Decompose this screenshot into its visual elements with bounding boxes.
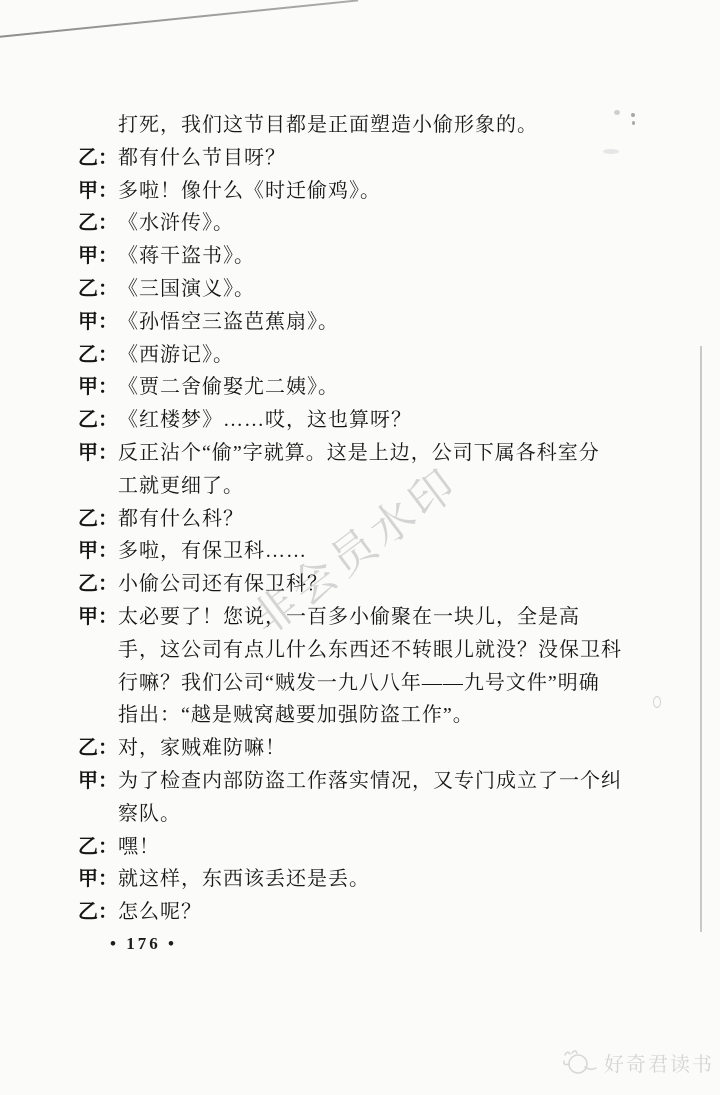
dialogue-text: 手，这公司有点儿什么东西还不转眼儿就没？没保卫科: [118, 639, 622, 661]
dialogue-line: 甲：《孙悟空三盗芭蕉扇》。: [78, 306, 678, 339]
page-number: • 176 •: [110, 934, 177, 954]
dialogue-text: 《西游记》。: [118, 344, 234, 366]
speaker-label: 乙：: [78, 339, 118, 372]
speaker-label: 乙：: [78, 732, 118, 765]
speaker-label: 乙：: [78, 503, 118, 536]
dialogue-text: 《水浒传》。: [118, 212, 234, 234]
page-root: 非会员水印 打死，我们这节目都是正面塑造小偷形象的。乙：都有什么节目呀？甲：多啦…: [0, 0, 720, 1095]
brand-watermark-text: 好奇君读书: [604, 1048, 714, 1077]
dialogue-text: 反正沾个“偷”字就算。这是上边，公司下属各科室分: [118, 442, 600, 464]
dialogue-line: 乙：都有什么科？: [78, 503, 678, 536]
dialogue-line: 打死，我们这节目都是正面塑造小偷形象的。: [78, 109, 678, 142]
dialogue-line: 乙：对，家贼难防嘛！: [78, 732, 678, 765]
speaker-label: 乙：: [78, 568, 118, 601]
scanned-book-page: { "page": { "number_label": "• 176 •" },…: [0, 0, 720, 1095]
dialogue-text: 对，家贼难防嘛！: [118, 737, 286, 759]
speaker-label: 甲：: [78, 371, 118, 404]
dialogue-line: 甲：反正沾个“偷”字就算。这是上边，公司下属各科室分: [78, 437, 678, 470]
dialogue-line: 察队。: [78, 798, 678, 831]
dialogue-text: 都有什么节目呀？: [118, 147, 286, 169]
dialogue-line: 乙：《三国演义》。: [78, 273, 678, 306]
dialogue-text: 指出：“越是贼窝越要加强防盗工作”。: [118, 704, 474, 726]
speaker-label: 乙：: [78, 273, 118, 306]
scan-edge-line-top: [0, 0, 358, 38]
dialogue-text: 工就更细了。: [118, 475, 244, 497]
dialogue-text: 察队。: [118, 803, 181, 825]
dialogue-text: 为了检查内部防盗工作落实情况，又专门成立了一个纠: [118, 770, 622, 792]
speaker-label: 甲：: [78, 175, 118, 208]
speaker-label: 甲：: [78, 863, 118, 896]
dialogue-text: 《红楼梦》……哎，这也算呀？: [118, 409, 412, 431]
speaker-label: 甲：: [78, 240, 118, 273]
dialogue-line: 行嘛？我们公司“贼发一九八八年——九号文件”明确: [78, 667, 678, 700]
speaker-label: 甲：: [78, 601, 118, 634]
dialogue-text: 怎么呢？: [118, 901, 202, 923]
speaker-label: 甲：: [78, 765, 118, 798]
dialogue-line: 乙：小偷公司还有保卫科？: [78, 568, 678, 601]
dialogue-text: 小偷公司还有保卫科？: [118, 573, 328, 595]
scan-edge-line-right: [700, 346, 702, 932]
speaker-label: 乙：: [78, 142, 118, 175]
dialogue-line: 甲：《贾二舍偷娶尤二姨》。: [78, 371, 678, 404]
dialogue-text: 嘿！: [118, 836, 160, 858]
dialogue-line: 甲：太必要了！您说，一百多小偷聚在一块儿，全是高: [78, 601, 678, 634]
cat-doodle-icon: [561, 1047, 599, 1077]
dialogue-line: 甲：《蒋干盗书》。: [78, 240, 678, 273]
dialogue-text: 《孙悟空三盗芭蕉扇》。: [118, 311, 339, 333]
dialogue-line: 指出：“越是贼窝越要加强防盗工作”。: [78, 699, 678, 732]
dialogue-body: 打死，我们这节目都是正面塑造小偷形象的。乙：都有什么节目呀？甲：多啦！像什么《时…: [78, 109, 678, 929]
speaker-label: 乙：: [78, 896, 118, 929]
speaker-label: 乙：: [78, 831, 118, 864]
dialogue-text: 多啦，有保卫科……: [118, 540, 307, 562]
dialogue-line: 乙：《红楼梦》……哎，这也算呀？: [78, 404, 678, 437]
speaker-label: 甲：: [78, 306, 118, 339]
dialogue-line: 乙：嘿！: [78, 831, 678, 864]
speaker-label: 乙：: [78, 404, 118, 437]
dialogue-text: 行嘛？我们公司“贼发一九八八年——九号文件”明确: [118, 672, 600, 694]
speaker-label: 甲：: [78, 535, 118, 568]
dialogue-line: 乙：怎么呢？: [78, 896, 678, 929]
dialogue-text: 《贾二舍偷娶尤二姨》。: [118, 376, 339, 398]
speaker-label: 乙：: [78, 207, 118, 240]
dialogue-line: 甲：就这样，东西该丢还是丢。: [78, 863, 678, 896]
dialogue-line: 甲：多啦！像什么《时迁偷鸡》。: [78, 175, 678, 208]
speaker-label: 甲：: [78, 437, 118, 470]
brand-watermark: 好奇君读书: [561, 1046, 714, 1078]
dialogue-text: 太必要了！您说，一百多小偷聚在一块儿，全是高: [118, 606, 580, 628]
dialogue-text: 《蒋干盗书》。: [118, 245, 255, 267]
dialogue-line: 甲：多啦，有保卫科……: [78, 535, 678, 568]
dialogue-text: 都有什么科？: [118, 508, 244, 530]
dialogue-line: 手，这公司有点儿什么东西还不转眼儿就没？没保卫科: [78, 634, 678, 667]
dialogue-line: 乙：《水浒传》。: [78, 207, 678, 240]
dialogue-line: 工就更细了。: [78, 470, 678, 503]
dialogue-line: 乙：都有什么节目呀？: [78, 142, 678, 175]
dialogue-line: 乙：《西游记》。: [78, 339, 678, 372]
dialogue-text: 就这样，东西该丢还是丢。: [118, 868, 370, 890]
dialogue-line: 甲：为了检查内部防盗工作落实情况，又专门成立了一个纠: [78, 765, 678, 798]
dialogue-text: 《三国演义》。: [118, 278, 255, 300]
dialogue-text: 多啦！像什么《时迁偷鸡》。: [118, 180, 381, 202]
dialogue-text: 打死，我们这节目都是正面塑造小偷形象的。: [118, 114, 538, 136]
